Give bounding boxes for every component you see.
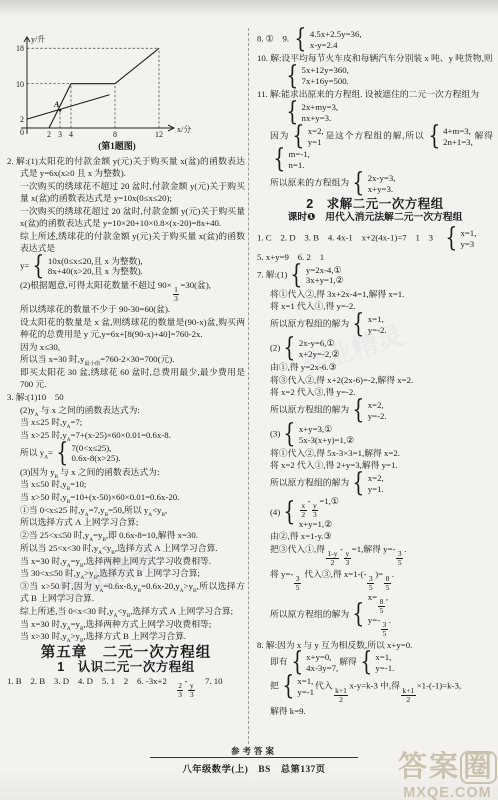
system-row: x=2,	[368, 473, 384, 484]
text-line: 当 x>30 时,yA>yB,选择方式 B 上网学习合算.	[7, 630, 245, 642]
stamp-site-url: MXQE.COM	[398, 786, 497, 800]
text-line: {5x+12y=360,7x+16y=500.	[257, 65, 493, 88]
system-row: 10x(0≤x≤20,且 x 为整数),	[48, 256, 143, 267]
system-row: x+y=3,①	[299, 424, 354, 435]
system-row: y=1	[308, 137, 324, 148]
section-heading: 2 求解二元一次方程组	[257, 198, 493, 210]
text-line: (2)根据题意,可得太阳花数量不超过 90×13=30(盆),	[7, 279, 245, 303]
text-line: ①当 0<x≤25 时,yA=7,yB=50,所以 yA<yB,	[7, 504, 245, 516]
text-line: 当 x>25 时,yA=7+(x-25)×60×0.01=0.6x-8.	[7, 429, 245, 441]
figure-line	[27, 95, 110, 119]
page-footer: 参考答案 八年级数学(上)BS总第137页	[150, 747, 358, 775]
system-row: x=2,	[308, 126, 324, 137]
fraction: x2	[300, 502, 307, 519]
system-row: 2x+my=3,	[302, 102, 339, 113]
system-row: nx+y=3.	[302, 113, 339, 124]
system-row: 0.6x-8(x>25).	[72, 453, 121, 464]
text-line: 7. 解:(1){y=2x-4,①3x+y=1,②	[257, 264, 493, 287]
text-line: (2){2x-y=6,①x+2y=-2,②	[257, 337, 493, 360]
figure-graph: y/升 x/分 18 10 2 0 2 3 4 8 12 A	[11, 30, 223, 140]
text-line: 一次购买的绣球花超过 20 盆时,付款金额 y(元)关于购买量 x(盆)的函数表…	[7, 205, 245, 229]
point-a-marker	[59, 109, 62, 112]
fraction: k+12	[401, 687, 416, 704]
system-row: x+y=0,	[306, 652, 338, 663]
system-row: 2x-y=3,	[368, 173, 396, 184]
stamp-circle-char: 圈	[460, 751, 497, 784]
x-axis-label: x/分	[177, 124, 191, 134]
system-row: y=-2.	[368, 325, 387, 336]
y-tick: 10	[16, 80, 24, 89]
fraction: 35	[396, 550, 403, 567]
text-line: 所以选择方式 A 上网学习合算;	[7, 516, 245, 528]
equation-system: {x=1,y=3	[443, 227, 477, 250]
equation-system: {x+y=3,①5x-3(x+y)=1,②	[281, 423, 354, 446]
brace-icon: {	[353, 472, 365, 495]
text-line: 因为{x=2,y=1是这个方程组的解,所以{4+m=3,2n+1=3,解得{m=…	[257, 125, 493, 172]
left-column: y/升 x/分 18 10 2 0 2 3 4 8 12 A (第1题图) 2.…	[7, 30, 245, 699]
text-line: 2. 解:(1)太阳花的付款金额 y(元)关于购买量 x(盆)的函数表达式是 y…	[7, 155, 245, 179]
system-row: 2x-y=6,①	[299, 338, 340, 349]
equation-system: {m=-1,n=1.	[271, 148, 310, 171]
brace-icon: {	[295, 28, 307, 51]
origin-label: 0	[20, 128, 24, 137]
stamp-logo: 答案圈	[398, 751, 497, 784]
brace-icon: {	[33, 255, 45, 278]
equation-system: {7(0<x≤25),0.6x-8(x>25).	[54, 442, 120, 465]
system-row: x-y=2.4	[310, 40, 362, 51]
y-tick: 18	[16, 44, 24, 53]
equation-system: {x2-y3=1,①x+y=1,②	[281, 496, 339, 530]
equation-system: {x=1,y=-2.	[350, 313, 386, 336]
text-line: y={10x(0≤x≤20,且 x 为整数),8x+40(x>20,且 x 为整…	[7, 255, 245, 278]
system-row: y=-1	[297, 687, 314, 698]
footer-answer-label: 参考答案	[150, 747, 358, 756]
equation-system: {x=2,y=1	[290, 125, 324, 148]
stamp-text: 答案	[398, 751, 460, 783]
fraction: 35	[294, 575, 301, 592]
brace-icon: {	[353, 172, 365, 195]
text-line: 所以原来的方程组为{2x-y=3,x+y=3.	[257, 172, 493, 195]
brace-icon: {	[360, 651, 372, 674]
system-row: x=1,	[375, 652, 394, 663]
system-row: 4+m=3,	[443, 126, 473, 137]
fraction: 1-y2	[326, 550, 339, 567]
system-row: y=-1.	[375, 663, 394, 674]
text-line: 解得 k=9.	[257, 705, 493, 717]
system-row: x+y=1,②	[299, 519, 339, 530]
equation-system: {2x-y=6,①x+2y=-2,②	[281, 337, 339, 360]
x-tick: 3	[58, 130, 62, 139]
system-row: 8x+40(x>20,且 x 为整数).	[48, 266, 143, 277]
fraction: 85	[384, 575, 391, 592]
equation-system: {x+y=0,4x-3y=7,	[289, 651, 339, 674]
system-row: x=1,	[297, 676, 314, 687]
fraction: 85	[378, 598, 385, 615]
text-line: 所以绣球花的数量不少于 90-30=60(盆).	[7, 303, 245, 315]
text-line: 由②,得 x=1-y.③	[257, 530, 493, 542]
system-row: x=1,	[368, 314, 387, 325]
system-row: y=-35.	[368, 615, 391, 638]
text-line: ②当 25<x≤50 时,yA=yB,即 0.6x-8=10,解得 x=30.	[7, 529, 245, 541]
brace-icon: {	[353, 313, 365, 336]
equation-system: {5x+12y=360,7x+16y=500.	[284, 65, 349, 88]
text-line: 所以当 x=30 时,y最小值=760-2×30=700(元).	[7, 353, 245, 365]
equation-system: {x=85,y=-35.	[350, 592, 391, 638]
text-line: 1. B 2. B 3. D 4. D 5. 1 2 6. -3x+2 23-y…	[7, 675, 245, 699]
brace-icon: {	[428, 125, 440, 148]
system-row: n=1.	[289, 160, 310, 171]
system-row: y=2x-4,①	[306, 265, 344, 276]
fraction: 13	[173, 286, 180, 303]
footer-book-line: 八年级数学(上)BS总第137页	[150, 757, 358, 775]
column-divider	[248, 28, 249, 744]
text-line: 一次购买的绣球花不超过 20 盆时,付款金额 y(元)关于购买量 x(盆)的函数…	[7, 180, 245, 204]
text-line: 所以原方程组的解为{x=2,y=1.	[257, 472, 493, 495]
chapter-heading: 第五章 二元一次方程组	[7, 647, 245, 659]
fraction: y3	[344, 550, 351, 567]
text-line: 当 x=30 时,yA=yB,选择两种上网方式学习收费相等.	[7, 555, 245, 567]
brace-icon: {	[284, 423, 296, 446]
system-row: x+y=3.	[368, 184, 396, 195]
footer-book-title: 八年级数学(上)	[182, 765, 248, 775]
system-row: x2-y3=1,①	[299, 496, 339, 519]
text-line: 将 y=-35 代入③,得 x=1-(-35)=85.	[257, 568, 493, 592]
section-heading: 1 认识二元一次方程组	[7, 661, 245, 673]
system-row: 7x+16y=500.	[302, 76, 349, 87]
x-tick: 12	[155, 130, 163, 139]
text-line: 将 x=2 代入③,得 y=-2.	[257, 386, 493, 398]
text-line: (3)因为 yB 与 x 之间的函数表达式为:	[7, 466, 245, 478]
scanned-answer-page: 作业精灵 作业精灵 y/升 x/分 18 10 2 0 2 3 4 8 12 A	[0, 0, 498, 800]
system-row: y=1.	[368, 484, 384, 495]
system-row: 3x+y=1,②	[306, 275, 344, 286]
brace-icon: {	[293, 125, 305, 148]
fraction: 35	[381, 621, 388, 638]
x-tick: 2	[47, 130, 51, 139]
fraction: y3	[188, 682, 195, 699]
text-line: 3. 解:(1)10 50	[7, 391, 245, 403]
text-line: (2)yA 与 x 之间的函数表达式为:	[7, 404, 245, 416]
text-line: 综上所述,当 0<x<30 时,yA<yB,选择方式 A 上网学习合算;	[7, 605, 245, 617]
text-line: 当 x≤25 时,yA=7;	[7, 416, 245, 428]
brace-icon: {	[273, 148, 285, 171]
equation-system: {x=2,y=-2.	[350, 399, 386, 422]
equation-system: {x=1,y=-1.	[358, 651, 394, 674]
text-line: 1. C 2. D 3. B 4. 4x-1 x+2(4x-1)=7 1 3 {…	[257, 227, 493, 250]
equation-system: {y=2x-4,①3x+y=1,②	[288, 264, 343, 287]
system-row: 4x-3y=7,	[306, 663, 338, 674]
text-line: 所以当 25<x<30 时,yA<yB,选择方式 A 上网学习合算.	[7, 542, 245, 554]
text-line: (3){x+y=3,①5x-3(x+y)=1,②	[257, 423, 493, 446]
brace-icon: {	[286, 65, 298, 88]
system-row: x=2,	[368, 400, 387, 411]
fraction: 23	[177, 682, 184, 699]
text-line: (4){x2-y3=1,①x+y=1,②	[257, 496, 493, 530]
equation-system: {x=2,y=1.	[350, 472, 384, 495]
brace-icon: {	[445, 227, 457, 250]
text-line: 把③代入①,得1-y2-y3=1,解得 y=-35.	[257, 543, 493, 567]
system-row: x=1,	[460, 228, 476, 239]
text-line: 因为 x≤30,	[7, 341, 245, 353]
equation-system: {4+m=3,2n+1=3,	[426, 125, 473, 148]
y-axis-label: y/升	[31, 34, 45, 44]
system-row: 7(0<x≤25),	[72, 443, 121, 454]
equation-system: {2x-y=3,x+y=3.	[350, 172, 395, 195]
equation-system: {10x(0≤x≤20,且 x 为整数),8x+40(x>20,且 x 为整数)…	[30, 255, 143, 278]
figure-caption: (第1题图)	[11, 140, 223, 152]
figure-line	[49, 48, 159, 128]
system-row: 5x+12y=360,	[302, 65, 349, 76]
text-line: 8. ① 9. {4.5x+2.5y=36,x-y=2.4	[257, 28, 493, 51]
system-row: x=85,	[368, 592, 391, 615]
text-line: 当 x=30 时,yA=yB,选择两种方式上网学习收费相等;	[7, 618, 245, 630]
brace-icon: {	[284, 501, 296, 524]
system-row: 5x-3(x+y)=1,②	[299, 435, 354, 446]
system-row: y=-2.	[368, 411, 387, 422]
brace-icon: {	[353, 399, 365, 422]
text-line: 把{x=1,y=-1代入k+12x-y=k-3 中,得k+12×1-(-1)=k…	[257, 675, 493, 704]
question1-figure: y/升 x/分 18 10 2 0 2 3 4 8 12 A (第1题图)	[11, 30, 223, 152]
brace-icon: {	[284, 337, 296, 360]
system-row: y=3	[460, 239, 476, 250]
text-line: 所以 yA={7(0<x≤25),0.6x-8(x>25).	[7, 442, 245, 465]
text-line: 当 x>50 时,yB=10+(x-50)×60×0.01=0.6x-20.	[7, 491, 245, 503]
lesson-heading: 课时❶ 用代入消元法解二元一次方程组	[257, 212, 493, 224]
text-line: 所以原方程组的解为{x=85,y=-35.	[257, 592, 493, 638]
system-row: 4.5x+2.5y=36,	[310, 29, 362, 40]
text-line: 设太阳花的数量是 x 盆,则绣球花的数量是(90-x)盆,购买两种花的总费用是 …	[7, 316, 245, 340]
text-line: 将 x=1 代入①,得 y=-2.	[257, 300, 493, 312]
x-tick: 8	[113, 130, 117, 139]
text-line: 当 x≤50 时,yB=10;	[7, 478, 245, 490]
right-column: 8. ① 9. {4.5x+2.5y=36,x-y=2.410. 解:设平均每节…	[257, 28, 493, 717]
text-line: ③当 x>50 时,因为 yA=0.6x-8,yB=0.6x-20,yA>yB,…	[7, 580, 245, 604]
right-column-content: 8. ① 9. {4.5x+2.5y=36,x-y=2.410. 解:设平均每节…	[257, 28, 493, 717]
brace-icon: {	[353, 603, 365, 626]
text-line: 当 30<x≤50 时,yA>yB,选择方式 B 上网学习合算;	[7, 567, 245, 579]
fraction: 35	[367, 575, 374, 592]
left-column-content: 2. 解:(1)太阳花的付款金额 y(元)关于购买量 x(盆)的函数表达式是 y…	[7, 155, 245, 699]
fraction: y3	[312, 502, 319, 519]
footer-edition: BS	[258, 765, 270, 775]
y-tick: 2	[20, 115, 24, 124]
equation-system: {4.5x+2.5y=36,x-y=2.4	[292, 28, 361, 51]
brace-icon: {	[56, 442, 68, 465]
system-row: 2n+1=3,	[443, 137, 473, 148]
text-line: 将 x=2 代入①,得 2+y=3,解得 y=1.	[257, 459, 493, 471]
text-line: 即买太阳花 30 盆,绣球花 60 盆时,总费用最少,最少费用是 700 元.	[7, 366, 245, 390]
fraction: k+12	[334, 687, 349, 704]
footer-page-number: 总第137页	[281, 765, 326, 775]
text-line: 将③代入②,得 x+2(2x-6)=-2,解得 x=2.	[257, 374, 493, 386]
equation-system: {x=1,y=-1	[280, 675, 314, 698]
x-tick: 4	[69, 130, 73, 139]
answer-site-stamp: 答案圈 MXQE.COM	[398, 751, 497, 800]
brace-icon: {	[291, 264, 303, 287]
system-row: x+2y=-2,②	[299, 349, 340, 360]
brace-icon: {	[282, 675, 294, 698]
